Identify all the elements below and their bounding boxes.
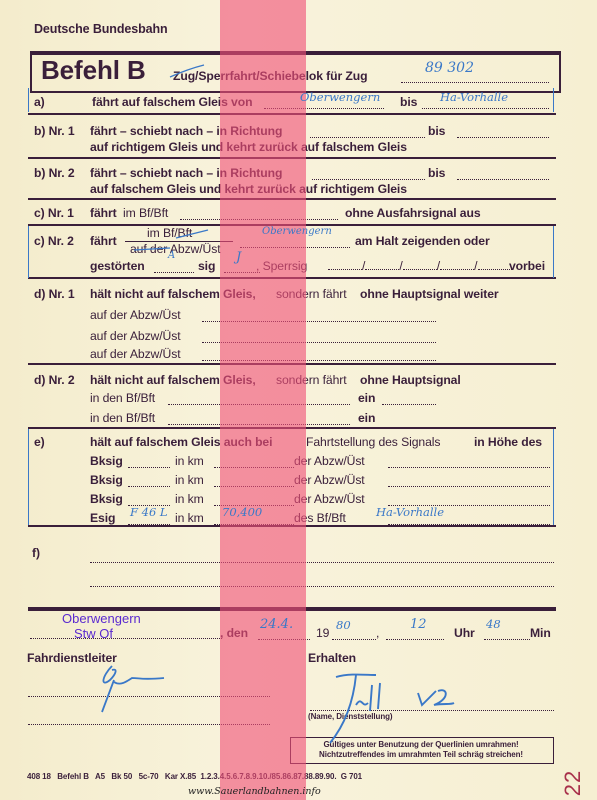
b2-direction-field[interactable]	[312, 169, 425, 180]
e-km-label: in km	[175, 473, 204, 487]
place-field[interactable]	[30, 628, 222, 639]
section-d1-label: d) Nr. 1	[34, 287, 75, 301]
c2-place-value: Oberwengern	[262, 226, 332, 237]
section-b2-line2: auf falschem Gleis und kehrt zurück auf …	[90, 182, 407, 196]
stamp-station: Oberwengern	[62, 611, 141, 626]
c2-faehrt: fährt	[90, 234, 117, 248]
section-b2-label: b) Nr. 2	[34, 166, 75, 180]
den-label: , den	[220, 626, 248, 640]
divider	[28, 427, 556, 429]
minute-value: 48	[486, 617, 501, 631]
e-place-label: des Bf/Bft	[294, 511, 346, 525]
section-a-label: a)	[34, 95, 45, 109]
e-place-value: Ha-Vorhalle	[376, 505, 444, 519]
min-label: Min	[530, 626, 551, 640]
d1-row-field[interactable]	[202, 332, 436, 343]
date-value: 24.4.	[260, 617, 293, 632]
section-b1-label: b) Nr. 1	[34, 124, 75, 138]
to-value: Ha-Vorhalle	[440, 90, 508, 104]
divider	[28, 363, 556, 365]
b1-direction-field[interactable]	[310, 127, 425, 138]
year-prefix: 19	[316, 626, 329, 640]
serial-number: 22	[560, 770, 586, 796]
divider	[28, 157, 556, 159]
d1-row-field[interactable]	[202, 311, 436, 322]
e-km-label: in km	[175, 492, 204, 506]
d1-row-field[interactable]	[202, 350, 436, 361]
d2-line1-normal: sondern fährt	[276, 373, 347, 387]
d1-line1-tail: ohne Hauptsignal weiter	[360, 287, 499, 301]
strike-mark	[168, 63, 208, 79]
section-c2-label: c) Nr. 2	[34, 234, 74, 248]
e-place-label: der Abzw/Üst	[294, 492, 365, 506]
hour-value: 12	[410, 617, 427, 632]
c1-tail: ohne Ausfahrsignal aus	[345, 206, 481, 220]
e-signal-value: F 46 L	[130, 505, 168, 519]
divider	[28, 525, 556, 527]
section-e-label: e)	[34, 435, 45, 449]
e-km-field[interactable]	[214, 457, 294, 468]
divider	[28, 113, 556, 115]
d1-row-label: auf der Abzw/Üst	[90, 347, 181, 361]
e-km-label: in km	[175, 454, 204, 468]
d2-ein: ein	[358, 391, 375, 405]
d2-ein-field[interactable]	[382, 394, 436, 405]
e-signal-label: Esig	[90, 511, 115, 525]
e-signal-label: Bksig	[90, 492, 123, 506]
d1-row-label: auf der Abzw/Üst	[90, 308, 181, 322]
org-name: Deutsche Bundesbahn	[34, 22, 168, 36]
d2-row-field[interactable]	[168, 394, 350, 405]
c2-gestoerten: gestörten	[90, 259, 145, 273]
train-number: 89 302	[425, 60, 474, 76]
stamp-box: Stw Of	[74, 626, 113, 641]
section-c1-label: c) Nr. 1	[34, 206, 74, 220]
divider	[28, 277, 556, 279]
e-place-field[interactable]	[388, 457, 550, 468]
d1-line1-bold: hält nicht auf falschem Gleis,	[90, 287, 256, 301]
c2-place-field[interactable]	[240, 237, 350, 248]
c2-sig-value: J	[236, 250, 241, 265]
e-signal-label: Bksig	[90, 473, 123, 487]
b2-bis: bis	[428, 166, 445, 180]
d2-row-label: in den Bf/Bft	[90, 391, 155, 405]
e-place-label: der Abzw/Üst	[294, 454, 365, 468]
e-line1-bold: hält auf falschem Gleis auch bei	[90, 435, 272, 449]
b1-bis-field[interactable]	[457, 127, 549, 138]
e-place-label: der Abzw/Üst	[294, 473, 365, 487]
year-value: 80	[336, 618, 351, 632]
section-d2-label: d) Nr. 2	[34, 373, 75, 387]
received-label: Erhalten	[308, 651, 356, 665]
f-line-field[interactable]	[90, 576, 554, 587]
c2-vorbei: vorbei	[509, 259, 545, 273]
e-signal-field[interactable]	[128, 476, 170, 487]
d2-line1-bold: hält nicht auf falschem Gleis,	[90, 373, 256, 387]
e-line1-normal: Fahrtstellung des Signals	[306, 435, 440, 449]
c1-im-bf: im Bf/Bft	[123, 206, 168, 220]
d2-ein: ein	[358, 411, 375, 425]
d1-row-label: auf der Abzw/Üst	[90, 329, 181, 343]
section-a-text: fährt auf falschem Gleis von	[92, 95, 252, 109]
notice-line-2: Nichtzutreffendes im umrahmten Teil schr…	[296, 750, 546, 759]
divider	[28, 198, 556, 200]
d2-row-label: in den Bf/Bft	[90, 411, 155, 425]
e-line1-tail: in Höhe des	[474, 435, 542, 449]
e-km-field[interactable]	[214, 476, 294, 487]
c2-tail1: am Halt zeigenden oder	[355, 234, 490, 248]
fdl-signature	[82, 660, 172, 716]
c1-faehrt: fährt	[90, 206, 117, 220]
c2-sperrsig: , Sperrsig	[256, 259, 307, 273]
e-signal-label: Bksig	[90, 454, 123, 468]
c2-sig-prefix-field[interactable]	[154, 262, 194, 273]
bis-label: bis	[400, 95, 417, 109]
uhr-label: Uhr	[454, 626, 475, 640]
c2-sig-field[interactable]	[224, 262, 260, 273]
b1-bis: bis	[428, 124, 445, 138]
from-value: Oberwengern	[300, 90, 380, 104]
section-b1-line2: auf richtigem Gleis und kehrt zurück auf…	[90, 140, 407, 154]
b2-bis-field[interactable]	[457, 169, 549, 180]
c2-sperrsig-fields[interactable]: ////	[328, 259, 512, 273]
print-code: 408 18 Befehl B A5 Bk 50 5c-70 Kar X.85 …	[27, 772, 362, 781]
e-place-field[interactable]	[388, 476, 550, 487]
c2-sig-prefix-value: A	[168, 250, 175, 261]
train-field[interactable]	[401, 72, 549, 83]
received-signature	[310, 665, 460, 745]
form-title: Befehl B	[41, 55, 146, 86]
d1-line1-normal: sondern fährt	[276, 287, 347, 301]
section-b1-line1: fährt – schiebt nach – in Richtung	[90, 124, 282, 138]
e-km-label: in km	[175, 511, 204, 525]
d2-line1-tail: ohne Hauptsignal	[360, 373, 461, 387]
section-b2-line1: fährt – schiebt nach – in Richtung	[90, 166, 282, 180]
e-signal-field[interactable]	[128, 457, 170, 468]
c1-station-field[interactable]	[180, 209, 338, 220]
watermark: www.Sauerlandbahnen.info	[188, 786, 321, 797]
f-line-field[interactable]	[90, 552, 554, 563]
c2-sig: sig	[198, 259, 215, 273]
section-f-label: f)	[32, 546, 40, 560]
d2-row-field[interactable]	[168, 414, 350, 425]
e-km-value: 70,400	[222, 505, 262, 519]
